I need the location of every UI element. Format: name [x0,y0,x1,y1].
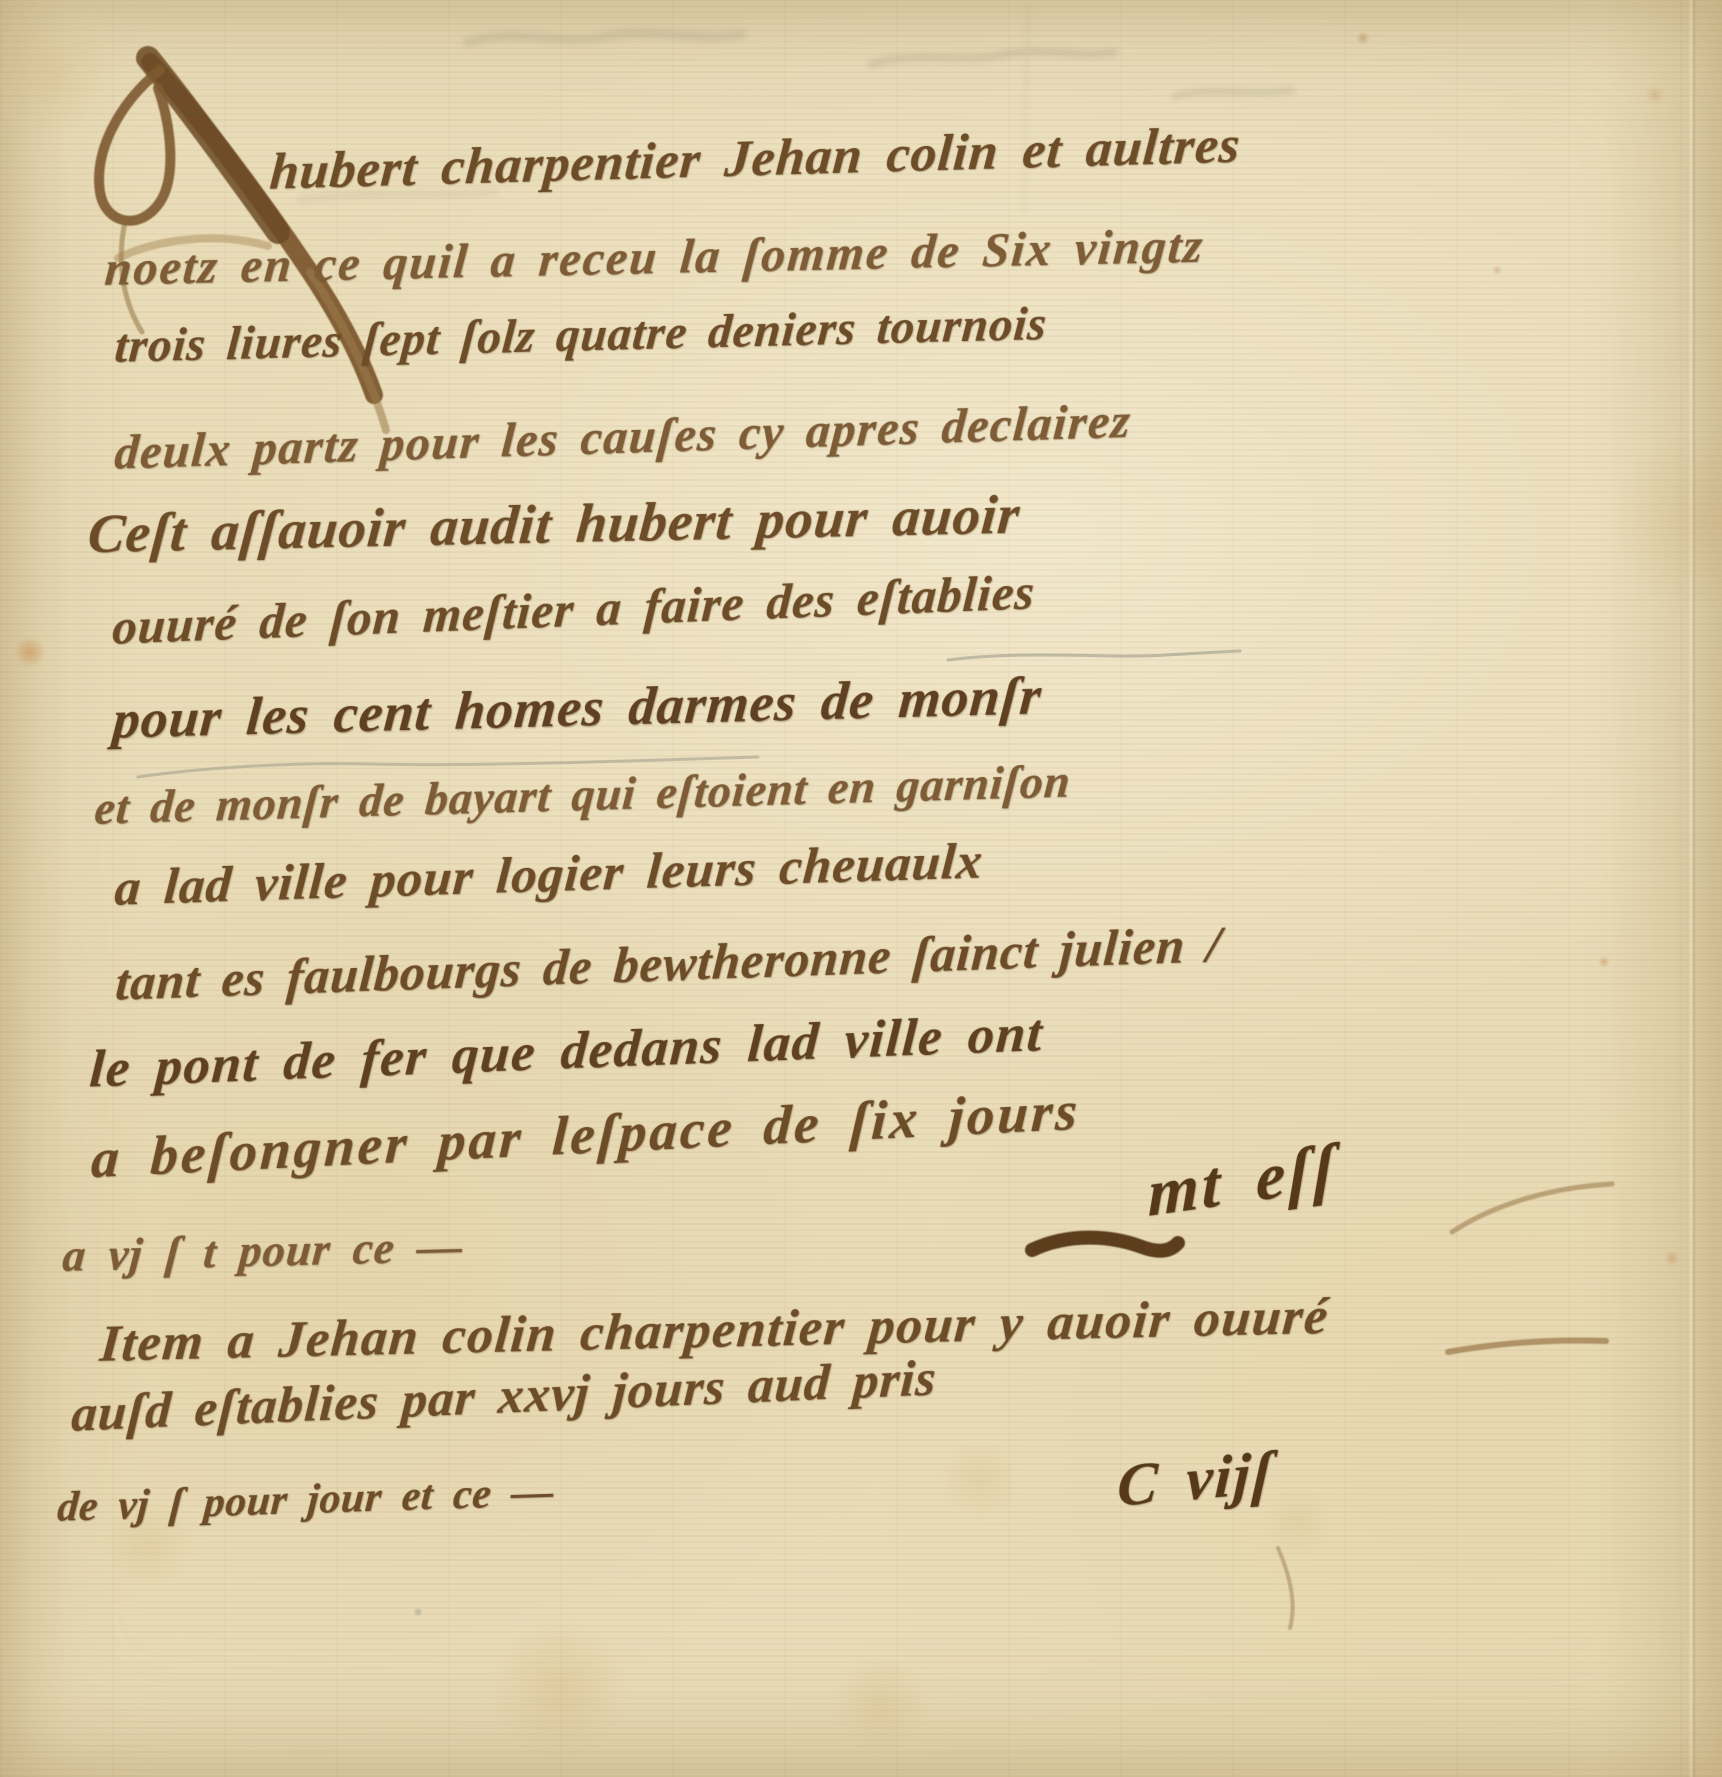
manuscript-page: hubert charpentier Jehan colin et aultre… [0,0,1722,1777]
sum-leading-swash [1032,1238,1178,1251]
paper-crease [1688,0,1696,1777]
line-trailing-dash [1448,1340,1606,1352]
sum-over-arc [1452,1184,1612,1232]
sum-descender-tail [1278,1548,1293,1628]
marginal-sum-lower: C vijſ [1116,1442,1276,1516]
pencil-underline-upper [948,651,1240,660]
sum-flourishes [1032,1184,1612,1628]
manuscript-line: a vj ſ t pour ce — [61,1224,465,1279]
